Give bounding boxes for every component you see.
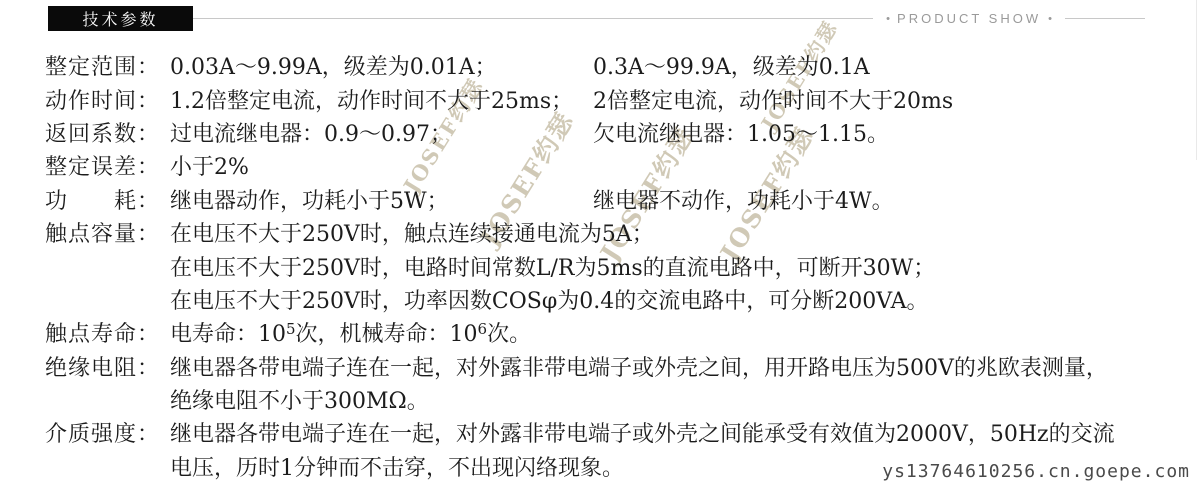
spec-value-right: 2倍整定电流，动作时间不大于20ms (593, 84, 953, 115)
spec-label: 绝缘电阻： (45, 351, 170, 382)
page-edge-line (1196, 0, 1197, 160)
exponent: 5 (286, 320, 296, 338)
spec-label: 触点寿命： (45, 317, 170, 348)
spec-value: 1.2倍整定电流，动作时间不大于25ms； (170, 84, 593, 115)
spec-row-insulation-resistance: 绝缘电阻： 继电器各带电端子连在一起，对外露非带电端子或外壳之间，用开路电压为5… (45, 350, 1200, 383)
spec-value: 0.03A～9.99A，级差为0.01A； (170, 50, 593, 81)
product-show-label: PRODUCT SHOW (897, 11, 1041, 26)
spec-value-right: 继电器不动作，功耗小于4W。 (593, 184, 894, 215)
spec-value: 在电压不大于250V时，功率因数COSφ为0.4的交流电路中，可分断200VA。 (170, 284, 929, 315)
spec-row-return-coefficient: 返回系数： 过电流继电器：0.9～0.97； 欠电流继电器：1.05～1.15。 (45, 116, 1200, 149)
spec-row-power-consumption: 功 耗： 继电器动作，功耗小于5W； 继电器不动作，功耗小于4W。 (45, 183, 1200, 216)
section-title-badge: 技术参数 (48, 6, 193, 31)
spec-list: 整定范围： 0.03A～9.99A，级差为0.01A； 0.3A～99.9A，级… (45, 49, 1200, 483)
spec-row-contact-capacity: 触点容量： 在电压不大于250V时，触点连续接通电流为5A； (45, 216, 1200, 249)
spec-value: 绝缘电阻不小于300MΩ。 (170, 384, 429, 415)
spec-row-dielectric-strength: 介质强度： 继电器各带电端子连在一起，对外露非带电端子或外壳之间能承受有效值为2… (45, 416, 1200, 449)
spec-label: 动作时间： (45, 84, 170, 115)
site-url-watermark: ys13764610256.cn.goepe.com (882, 461, 1190, 482)
header-rule-left (193, 18, 873, 19)
spec-label: 返回系数： (45, 117, 170, 148)
spec-row-setting-error: 整定误差： 小于2% (45, 149, 1200, 182)
exponent: 6 (478, 320, 488, 338)
spec-value: 继电器动作，功耗小于5W； (170, 184, 593, 215)
product-show-caption: • PRODUCT SHOW • (873, 11, 1065, 26)
spec-value: 继电器各带电端子连在一起，对外露非带电端子或外壳之间，用开路电压为500V的兆欧… (170, 351, 1108, 382)
spec-row-contact-capacity-cont: 在电压不大于250V时，电路时间常数L/R为5ms的直流电路中，可断开30W； (45, 249, 1200, 282)
spec-label: 介质强度： (45, 417, 170, 448)
bullet-icon: • (879, 13, 897, 25)
section-header: 技术参数 • PRODUCT SHOW • (48, 6, 1145, 31)
spec-value: 继电器各带电端子连在一起，对外露非带电端子或外壳之间能承受有效值为2000V，5… (170, 417, 1115, 448)
spec-label: 整定误差： (45, 150, 170, 181)
header-rule-right (1065, 18, 1145, 19)
spec-row-contact-life: 触点寿命： 电寿命：105次，机械寿命：106次。 (45, 316, 1200, 349)
spec-row-setting-range: 整定范围： 0.03A～9.99A，级差为0.01A； 0.3A～99.9A，级… (45, 49, 1200, 82)
spec-label: 功 耗： (45, 184, 170, 215)
spec-value-right: 0.3A～99.9A，级差为0.1A (593, 50, 870, 81)
spec-value: 在电压不大于250V时，电路时间常数L/R为5ms的直流电路中，可断开30W； (170, 251, 935, 282)
spec-value: 在电压不大于250V时，触点连续接通电流为5A； (170, 217, 654, 248)
spec-row-contact-capacity-cont: 在电压不大于250V时，功率因数COSφ为0.4的交流电路中，可分断200VA。 (45, 283, 1200, 316)
spec-value-right: 欠电流继电器：1.05～1.15。 (593, 117, 889, 148)
spec-value: 过电流继电器：0.9～0.97； (170, 117, 593, 148)
spec-value: 电压，历时1分钟而不击穿，不出现闪络现象。 (170, 451, 624, 482)
spec-label: 整定范围： (45, 50, 170, 81)
spec-label: 触点容量： (45, 217, 170, 248)
contact-life-text: 次，机械寿命：10 (296, 322, 478, 347)
spec-value: 电寿命：105次，机械寿命：106次。 (170, 317, 531, 348)
contact-life-text: 次。 (487, 322, 531, 347)
bullet-icon: • (1041, 13, 1059, 25)
spec-row-action-time: 动作时间： 1.2倍整定电流，动作时间不大于25ms； 2倍整定电流，动作时间不… (45, 82, 1200, 115)
spec-value: 小于2% (170, 150, 249, 181)
contact-life-text: 电寿命：10 (170, 322, 286, 347)
spec-row-insulation-resistance-cont: 绝缘电阻不小于300MΩ。 (45, 383, 1200, 416)
